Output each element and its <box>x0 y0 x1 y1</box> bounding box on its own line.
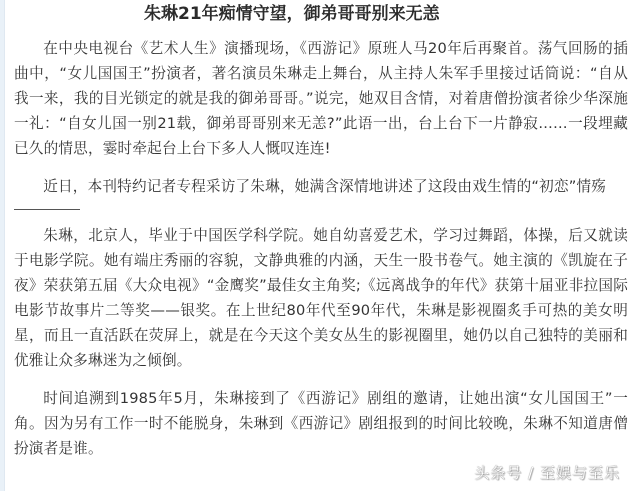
paragraph-2: 近日，本刊特约记者专程采访了朱琳，她满含深情地讲述了这段由戏生情的“初恋”情殇 <box>14 174 628 199</box>
left-border <box>0 0 5 491</box>
dash-line <box>14 209 80 210</box>
paragraph-1: 在中央电视台《艺术人生》演播现场，《西游记》原班人马20年后再聚首。荡气回肠的插… <box>14 36 628 161</box>
paragraph-4: 时间追溯到1985年5月，朱琳接到了《西游记》剧组的邀请，让她出演“女儿国国王”… <box>14 386 628 461</box>
paragraph-3: 朱琳，北京人，毕业于中国医学科学院。她自幼喜爱艺术，学习过舞蹈，体操，后又就读于… <box>14 223 628 373</box>
watermark: 头条号 / 至娱与至乐 <box>474 462 620 483</box>
article-title: 朱琳21年痴情守望，御弟哥哥别来无恙 <box>14 0 628 36</box>
article: 朱琳21年痴情守望，御弟哥哥别来无恙 在中央电视台《艺术人生》演播现场，《西游记… <box>14 0 628 461</box>
